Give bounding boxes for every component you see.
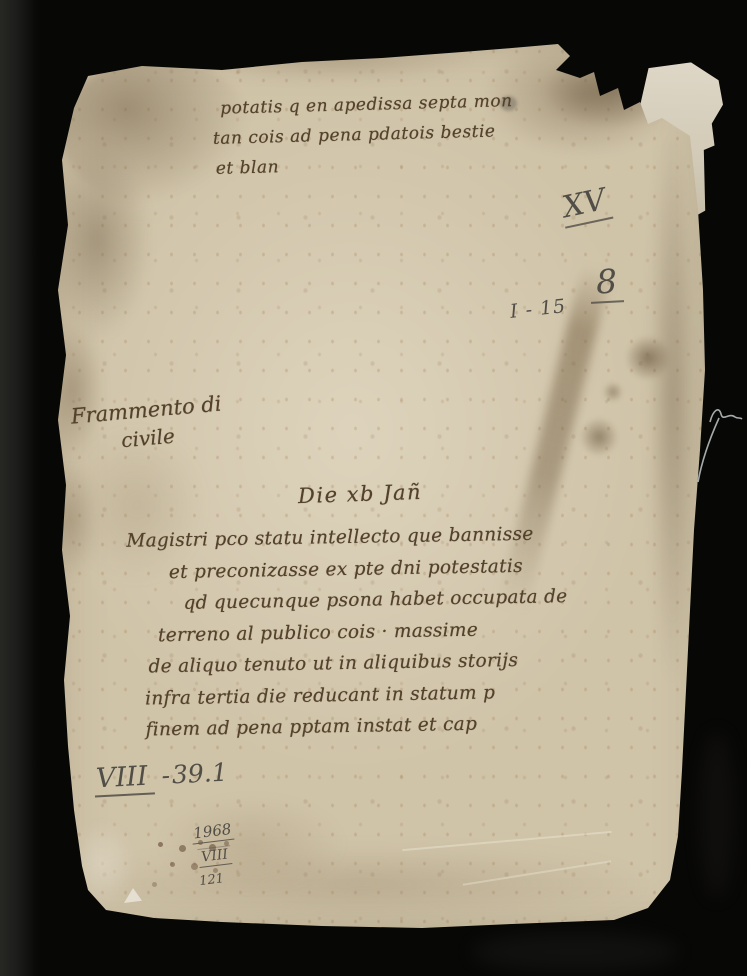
top-marginal-note: potatis q en apedissa septa mon tan cois… xyxy=(212,86,515,184)
classification-separator: - xyxy=(161,761,171,790)
mat-smudge xyxy=(470,932,680,972)
mat-smudge xyxy=(700,730,734,900)
stain xyxy=(650,120,696,680)
crease-line xyxy=(463,860,611,885)
scanned-manuscript-page: potatis q en apedissa septa mon tan cois… xyxy=(0,0,747,976)
stamp-item: 121 xyxy=(198,872,224,890)
scanner-bed-edge xyxy=(0,0,40,976)
entry-body: Magistri pco statu intellecto que bannis… xyxy=(120,518,570,746)
crease-line xyxy=(402,831,611,851)
paper-chip xyxy=(124,888,142,903)
stain xyxy=(162,798,342,890)
folio-number: 8 xyxy=(589,261,624,304)
edge-abrasion xyxy=(66,818,138,910)
foxing-spots xyxy=(158,842,163,847)
stain-blob xyxy=(602,382,624,402)
archive-stamp: 1968 VIII 121 xyxy=(190,816,241,892)
stain xyxy=(82,848,642,920)
stain xyxy=(42,460,98,580)
archivist-label: Frammento di civile xyxy=(70,390,225,459)
note-line: et blan xyxy=(215,146,514,184)
stain-blob xyxy=(624,336,672,380)
stain xyxy=(192,36,472,82)
stain-blob xyxy=(578,418,620,456)
folio-number-roman: XV xyxy=(558,181,614,228)
shelf-mark: I - 15 xyxy=(509,295,567,323)
entry-heading: Die xb Jañ xyxy=(298,480,423,508)
paper-sheet: potatis q en apedissa septa mon tan cois… xyxy=(42,30,718,944)
stain xyxy=(42,140,152,340)
manuscript-line: finem ad pena pptam instat et cap xyxy=(145,707,569,746)
classification-roman: VIII xyxy=(93,760,154,797)
classification-mark: VIII-39.1 xyxy=(93,757,228,795)
manuscript-line: qd quecunque psona habet occupata de xyxy=(183,581,567,619)
stamp-series: VIII xyxy=(197,845,232,868)
classification-number: 39.1 xyxy=(171,758,228,790)
